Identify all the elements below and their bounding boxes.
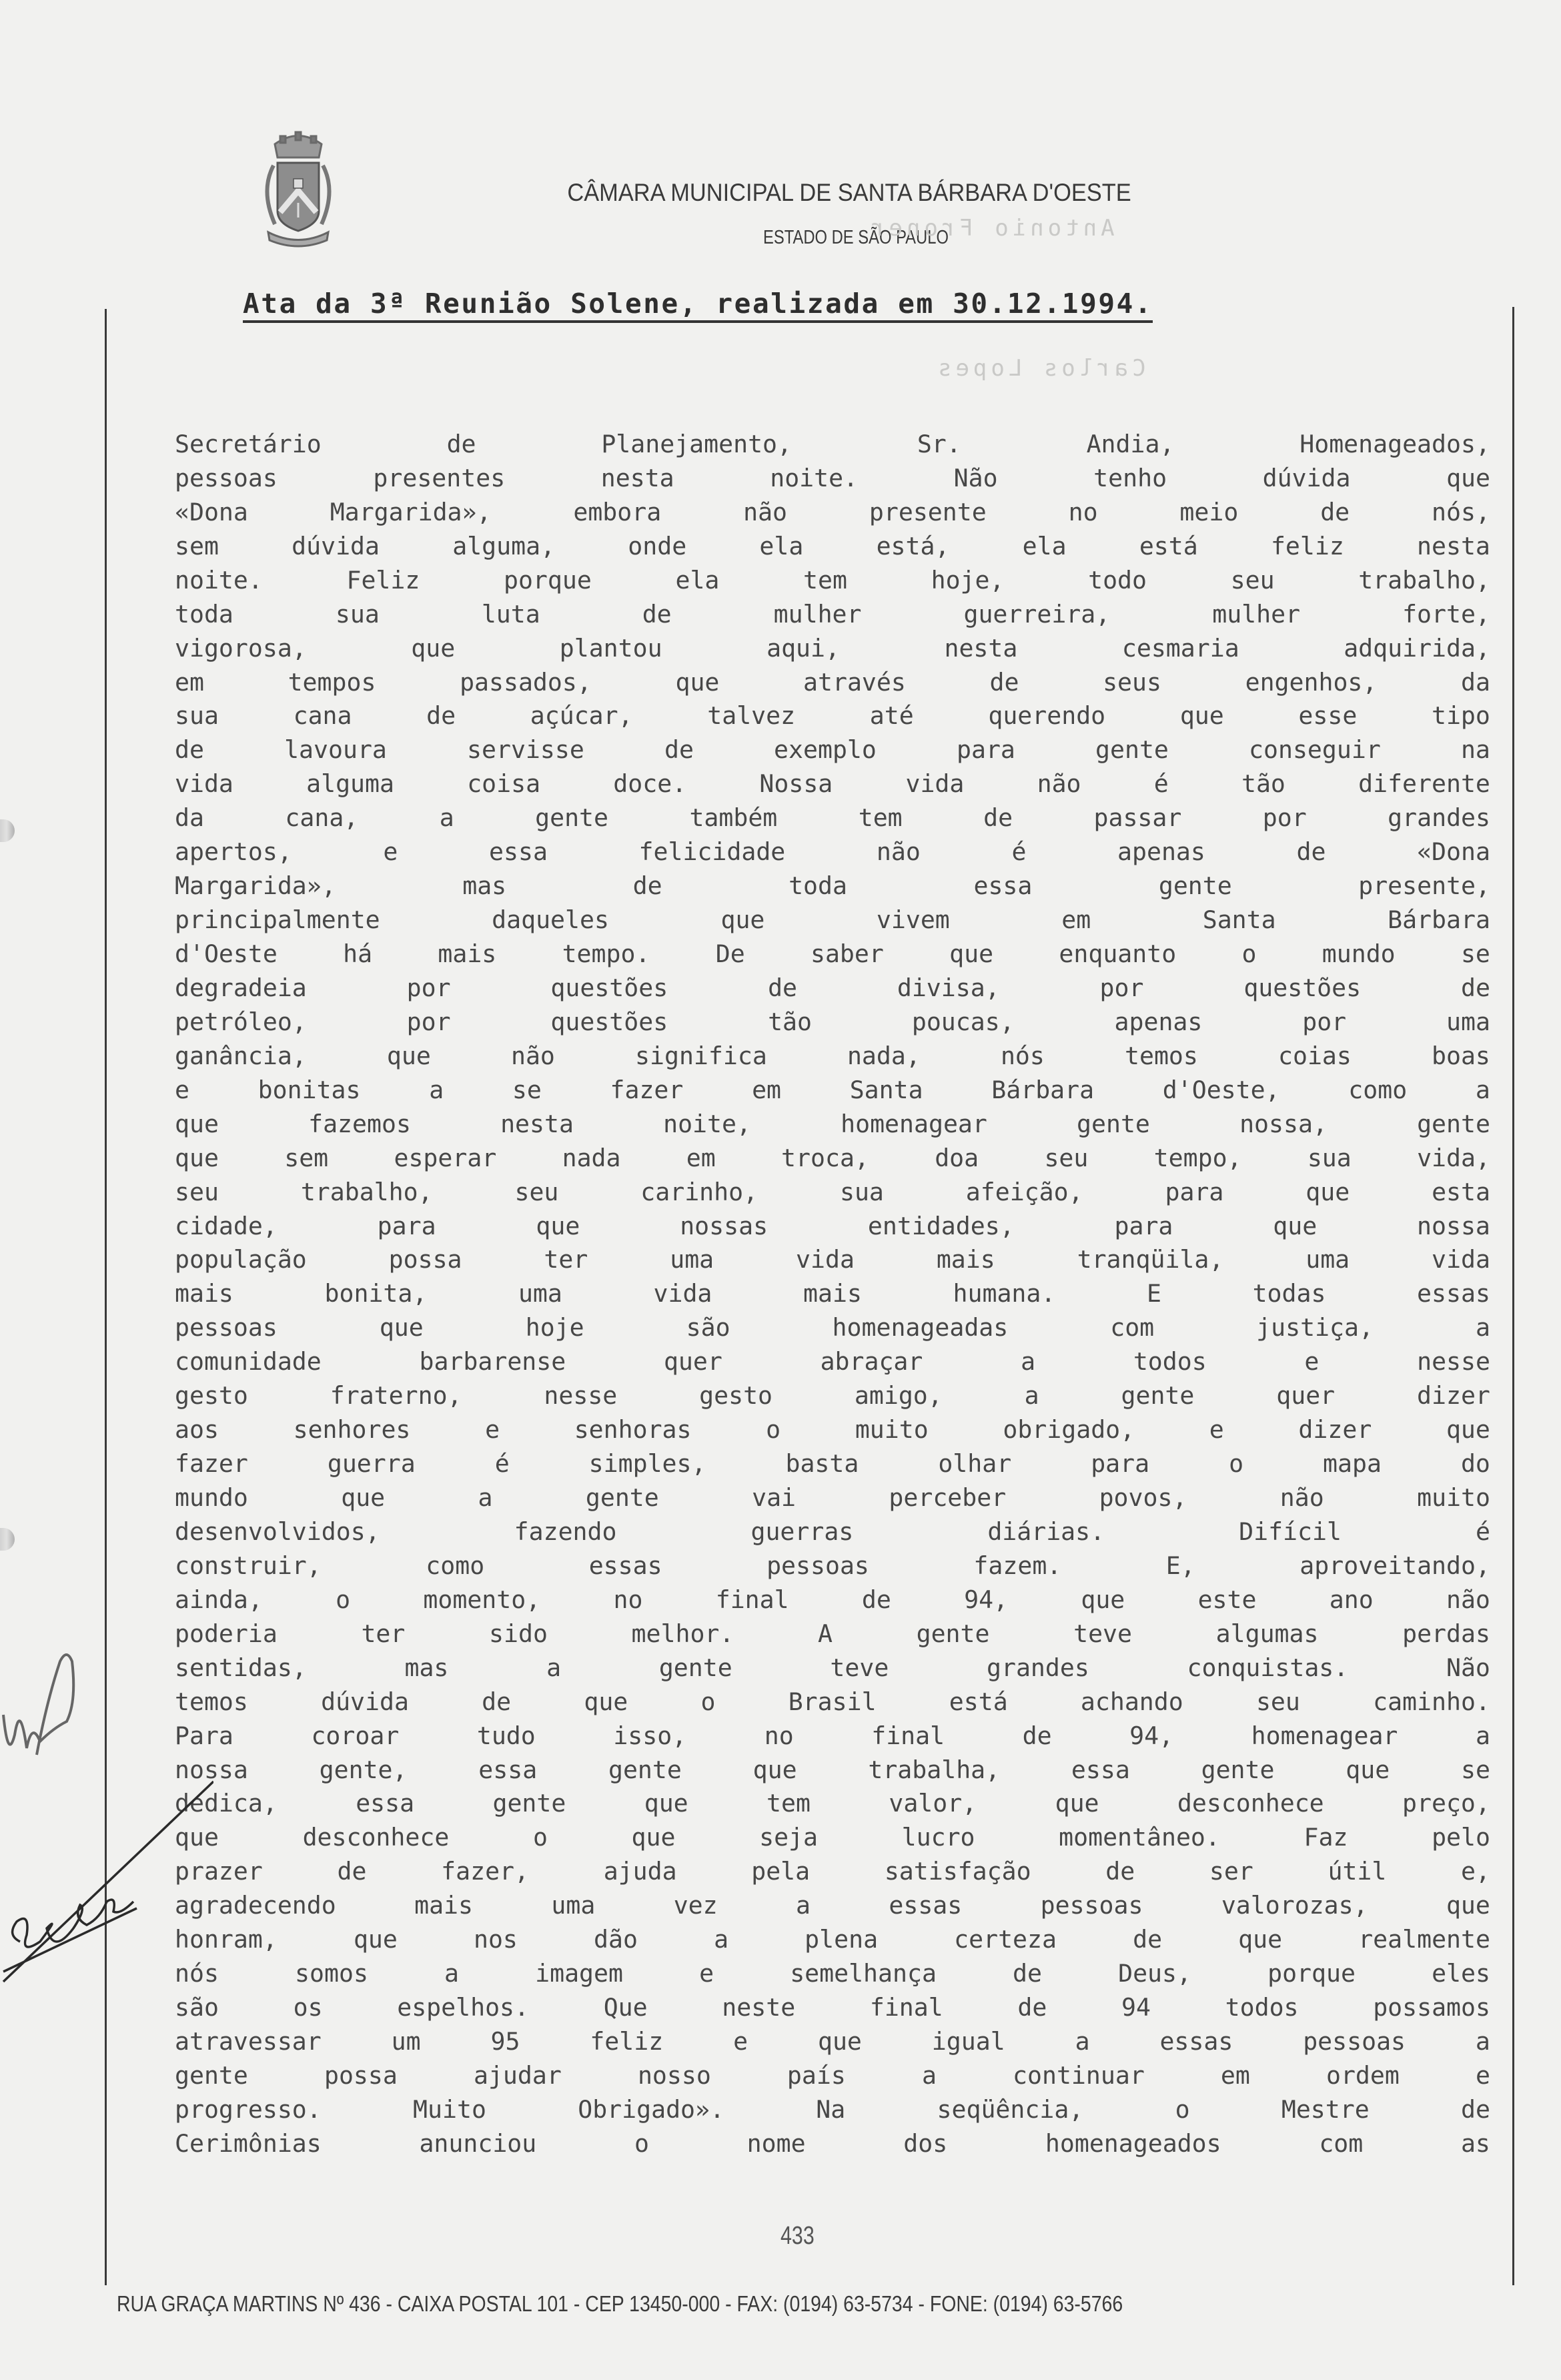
word: essas [1417,1279,1490,1308]
word: a [1025,1381,1039,1410]
word: possa [324,2061,398,2090]
word: apenas [1115,1008,1203,1036]
word: realmente [1358,1925,1490,1954]
text-line: nossagente,essagentequetrabalha,essagent… [175,1753,1490,1787]
word: o [766,1415,780,1444]
word: perceber [889,1483,1006,1512]
word: continuar [1013,2061,1145,2090]
word: gente [535,803,608,832]
word: em [752,1076,781,1104]
word: a [922,2061,937,2090]
word: sem [175,532,219,560]
word: gesto [175,1381,248,1410]
word: noite, [663,1110,751,1138]
word: melhor. [632,1619,734,1648]
word: poucas, [912,1008,1015,1036]
word: Homenageados, [1299,430,1490,458]
word: o [701,1687,716,1716]
word: não [743,498,787,526]
word: de [338,1857,367,1886]
word: de [482,1687,511,1716]
word: bonitas [258,1076,361,1104]
word: não [1037,769,1081,798]
word: E, [1166,1551,1195,1580]
word: coroar [311,1721,399,1750]
word: honram, [175,1925,278,1954]
word: embora [573,498,661,526]
word: até [870,701,914,730]
word: degradeia [175,973,307,1002]
word: imagem [535,1959,623,1988]
word: basta [785,1449,859,1478]
word: por [1100,973,1144,1002]
word: que [175,1110,219,1138]
word: mas [404,1653,448,1682]
word: humana. [953,1279,1056,1308]
word: caminho. [1373,1687,1490,1716]
word: construir, [175,1551,322,1580]
word: teve [830,1653,889,1682]
word: gente [1121,1381,1195,1410]
word: fazendo [514,1517,617,1546]
word: E [1147,1279,1161,1308]
word: Muito [413,2095,486,2124]
word: 94, [964,1585,1008,1614]
word: todos [1133,1347,1207,1376]
word: hoje [526,1313,584,1342]
word: mundo [175,1483,248,1512]
word: que [1081,1585,1125,1614]
word: gente [1077,1110,1150,1138]
word: temos [175,1687,248,1716]
word: de [1017,1993,1047,2022]
word: olhar [938,1449,1011,1478]
word: ano [1330,1585,1374,1614]
word: sem [284,1144,328,1172]
word: desconhece [1177,1789,1324,1818]
word: nossa [175,1755,248,1784]
coat-of-arms-icon [248,124,348,251]
page-number: 433 [780,2222,815,2251]
word: questões [1243,973,1361,1002]
text-line: cidade,paraquenossasentidades,paraquenos… [175,1209,1490,1243]
word: dúvida [321,1687,409,1716]
text-line: degradeiaporquestõesdedivisa,porquestões… [175,971,1490,1005]
word: cidade, [175,1212,278,1240]
word: que [380,1313,424,1342]
word: tempo. [562,939,650,968]
word: plantou [560,634,662,663]
word: e [699,1959,714,1988]
text-line: nóssomosaimagemesemelhançadeDeus,porquee… [175,1956,1490,1990]
word: para [1115,1212,1173,1240]
word: vida [905,769,964,798]
word: Cerimônias [175,2129,322,2158]
word: tranqüila, [1077,1245,1224,1274]
word: de [989,668,1019,697]
word: meio [1179,498,1238,526]
word: lavoura [284,735,387,764]
word: também [689,803,777,832]
word: essa [478,1755,537,1784]
word: toda [789,871,847,900]
word: coias [1278,1042,1352,1070]
word: a [546,1653,561,1682]
word: que [175,1144,219,1172]
word: para [1091,1449,1149,1478]
word: a [714,1925,728,1954]
text-line: quesemesperarnadaemtroca,doaseutempo,sua… [175,1141,1490,1175]
word: querendo [988,701,1105,730]
word: que [1446,464,1490,492]
word: momentâneo. [1059,1823,1220,1852]
word: gente [659,1653,732,1682]
word: final [871,1721,945,1750]
word: seus [1103,668,1161,697]
text-line: d'Oestehámaistempo.Desaberqueenquantoomu… [175,937,1490,971]
word: em [1221,2061,1250,2090]
text-line: maisbonita,umavidamaishumana.Etodasessas [175,1276,1490,1310]
text-line: sãoosespelhos.Quenestefinalde94todosposs… [175,1990,1490,2024]
word: de [642,600,672,629]
word: essa [489,837,548,866]
word: de [664,735,694,764]
word: que [387,1042,431,1070]
word: exemplo [774,735,877,764]
word: de [1133,1925,1162,1954]
word: Obrigado». [578,2095,724,2124]
word: todos [1225,1993,1299,2022]
word: conquistas. [1187,1653,1349,1682]
word: de [1320,498,1350,526]
word: de [426,701,456,730]
word: coisa [467,769,540,798]
word: 95 [490,2027,520,2056]
word: não [877,837,921,866]
word: presente, [1358,871,1490,900]
word: eles [1432,1959,1490,1988]
word: vez [674,1891,718,1920]
word: essa [1071,1755,1130,1784]
word: aqui, [766,634,840,663]
word: de [1105,1857,1135,1886]
text-line: pessoasquehojesãohomenageadascomjustiça,… [175,1310,1490,1344]
word: nesse [544,1381,617,1410]
word: e [383,837,398,866]
word: tão [768,1008,812,1036]
word: na [1461,735,1490,764]
word: no [614,1585,643,1614]
text-line: apertos,eessafelicidadenãoéapenasde«Dona [175,835,1490,869]
word: são [686,1313,730,1342]
word: gente [492,1789,566,1818]
word: uma [1306,1245,1350,1274]
word: dão [594,1925,638,1954]
word: são [175,1993,219,2022]
text-line: vigorosa,queplantouaqui,nestacesmariaadq… [175,631,1490,665]
word: vida [175,769,233,798]
word: progresso. [175,2095,322,2124]
word: d'Oeste, [1163,1076,1280,1104]
word: poderia [175,1619,278,1648]
word: possamos [1373,1993,1490,2022]
word: 94, [1129,1721,1173,1750]
text-line: vidaalgumacoisadoce.Nossavidanãoétãodife… [175,767,1490,801]
word: ainda, [175,1585,263,1614]
word: Para [175,1721,233,1750]
word: para [378,1212,436,1240]
word: preço, [1402,1789,1490,1818]
institution-name-text: CÂMARA MUNICIPAL DE SANTA BÁRBARA D'OEST… [567,179,1131,207]
word: dúvida [1263,464,1351,492]
word: de [447,430,476,458]
word: o [336,1585,350,1614]
word: temos [1125,1042,1198,1070]
text-line: SecretáriodePlanejamento,Sr.Andia,Homena… [175,427,1490,461]
word: hoje, [931,566,1005,594]
word: perdas [1402,1619,1490,1648]
text-line: construir,comoessaspessoasfazem.E,aprove… [175,1549,1490,1583]
word: tempo, [1154,1144,1242,1172]
word: se [512,1076,542,1104]
text-line: progresso.MuitoObrigado».Naseqüência,oMe… [175,2092,1490,2126]
word: onde [628,532,686,560]
word: mais [803,1279,862,1308]
text-line: populaçãopossaterumavidamaistranqüila,um… [175,1243,1490,1277]
word: Margarida», [330,498,492,526]
word: que [354,1925,398,1954]
word: desenvolvidos, [175,1517,380,1546]
word: nesta [500,1110,574,1138]
word: abraçar [821,1347,923,1376]
word: daqueles [492,905,609,934]
word: que [753,1755,797,1784]
word: ela [759,532,803,560]
word: seu [1231,566,1275,594]
word: vigorosa, [175,634,307,663]
word: nosso [638,2061,711,2090]
word: diferente [1358,769,1490,798]
word: valorozas, [1221,1891,1368,1920]
word: que [584,1687,628,1716]
bleed-through-text: Carlos Lopes [934,355,1146,382]
text-line: atravessarum95felizequeigualaessaspessoa… [175,2024,1490,2058]
word: e [1304,1347,1319,1376]
word: noite. [770,464,858,492]
word: se [1461,939,1490,968]
word: guerreira, [963,600,1110,629]
word: Sr. [917,430,961,458]
footer-address: RUA GRAÇA MARTINS Nº 436 - CAIXA POSTAL … [117,2291,1123,2317]
word: não [1280,1483,1324,1512]
text-line: temosdúvidadequeoBrasilestáachandoseucam… [175,1685,1490,1719]
text-line: delavouraservissedeexemploparagenteconse… [175,733,1490,767]
word: pessoas [766,1551,869,1580]
word: pessoas [1303,2027,1406,2056]
word: Que [604,1993,648,2022]
text-line: Margarida»,masdetodaessagentepresente, [175,869,1490,903]
word: Difícil [1239,1517,1342,1546]
word: nossa [1417,1212,1490,1240]
word: fazer [610,1076,684,1104]
word: não [511,1042,555,1070]
word: tipo [1432,701,1490,730]
word: tão [1241,769,1285,798]
word: esperar [394,1144,496,1172]
word: está, [877,532,950,560]
word: gente [608,1755,682,1784]
word: ser [1209,1857,1253,1886]
word: gente, [320,1755,408,1784]
word: o [533,1823,548,1852]
word: essa [356,1789,414,1818]
word: este [1198,1585,1257,1614]
word: tem [766,1789,811,1818]
binder-ring-mark [0,819,15,842]
word: Margarida», [175,871,336,900]
word: mulher [774,600,862,629]
text-line: quefazemosnestanoite,homenageargentenoss… [175,1107,1490,1141]
word: servisse [467,735,584,764]
text-line: ainda,omomento,nofinalde94,queesteanonão [175,1583,1490,1617]
word: está [949,1687,1008,1716]
word: teve [1073,1619,1132,1648]
word: barbarense [419,1347,566,1376]
word: esse [1298,701,1357,730]
word: ela [675,566,719,594]
word: apertos, [175,837,292,866]
word: De [716,939,745,968]
word: Mestre [1281,2095,1370,2124]
word: plena [805,1925,878,1954]
word: 94 [1121,1993,1151,2022]
word: gente [1201,1755,1275,1784]
word: homenageados [1045,2129,1221,2158]
word: esta [1432,1178,1490,1206]
word: país [787,2061,846,2090]
word: pessoas [175,1313,278,1342]
word: algumas [1216,1619,1319,1648]
word: gente [175,2061,248,2090]
word: e [485,1415,500,1444]
word: desconhece [303,1823,450,1852]
word: em [175,668,204,697]
word: que [1238,1925,1282,1954]
word: vivem [877,905,950,934]
text-line: pessoaspresentesnestanoite.Nãotenhodúvid… [175,461,1490,495]
word: nada [562,1144,621,1172]
margin-signature-icon [0,1621,173,1775]
word: dúvida [292,532,380,560]
word: nada, [847,1042,921,1070]
word: nossas [680,1212,768,1240]
word: trabalho, [301,1178,433,1206]
word: Secretário [175,430,322,458]
word: que [1273,1212,1317,1240]
word: nesta [601,464,674,492]
word: essas [889,1891,962,1920]
word: seja [759,1823,818,1852]
word: de [983,803,1013,832]
word: guerras [750,1517,853,1546]
word: de [1461,973,1490,1002]
word: carinho, [640,1178,758,1206]
word: que [1055,1789,1099,1818]
word: dizer [1417,1381,1490,1410]
word: que [341,1483,385,1512]
word: porque [504,566,592,594]
word: a [1075,2027,1090,2056]
word: o [1229,1449,1243,1478]
word: certeza [954,1925,1057,1954]
word: essas [1159,2027,1233,2056]
word: homenagear [841,1110,987,1138]
word: grandes [987,1653,1089,1682]
word: que [949,939,993,968]
word: sua [175,701,219,730]
text-line: semdúvidaalguma,ondeelaestá,elaestáfeliz… [175,529,1490,563]
word: senhores [294,1415,411,1444]
word: pessoas [175,464,278,492]
word: Não [1446,1653,1490,1682]
word: saber [811,939,884,968]
word: pela [751,1857,810,1886]
word: a [796,1891,811,1920]
word: gente [1417,1110,1490,1138]
text-line: gestofraterno,nessegestoamigo,agentequer… [175,1378,1490,1413]
word: Deus, [1118,1959,1191,1988]
word: a [429,1076,444,1104]
word: Santa [1203,905,1276,934]
word: de [633,871,662,900]
word: nós [175,1959,219,1988]
word: talvez [707,701,795,730]
word: trabalha, [868,1755,1000,1784]
word: da [175,803,204,832]
word: seu [1256,1687,1300,1716]
word: Não [954,464,998,492]
word: quer [1276,1381,1335,1410]
word: satisfação [885,1857,1031,1886]
word: passar [1094,803,1182,832]
word: mundo [1322,939,1396,968]
word: diárias. [987,1517,1105,1546]
word: gente [586,1483,659,1512]
word: está [1139,532,1198,560]
word: passados, [460,668,592,697]
word: ajuda [604,1857,677,1886]
word: gente [917,1619,990,1648]
word: por [407,1008,451,1036]
word: nesta [944,634,1017,663]
word: a [440,803,454,832]
word: é [1011,837,1026,866]
word: seqüência, [937,2095,1084,2124]
word: gente [1159,871,1232,900]
word: troca, [781,1144,869,1172]
word: que [818,2027,862,2056]
word: d'Oeste [175,939,278,968]
word: possa [389,1245,462,1274]
word: essa [973,871,1032,900]
word: questões [550,973,668,1002]
word: Feliz [346,566,420,594]
word: sua [840,1178,884,1206]
text-line: aossenhoresesenhorasomuitoobrigado,edize… [175,1413,1490,1447]
word: fazemos [308,1110,411,1138]
word: principalmente [175,905,380,934]
word: trabalho, [1358,566,1490,594]
